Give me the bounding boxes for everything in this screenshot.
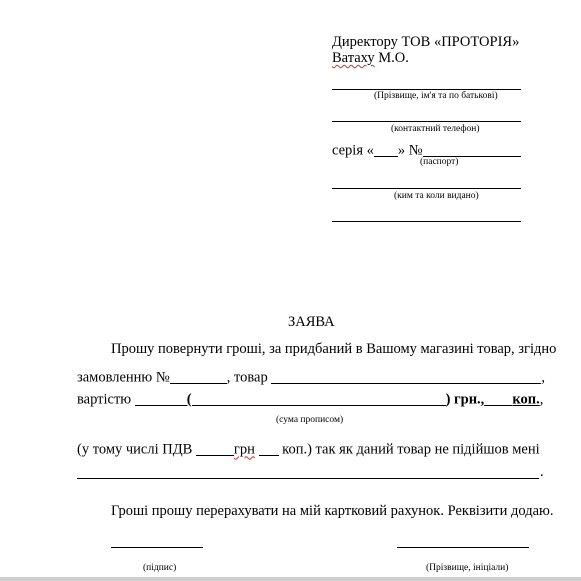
cost-kop-field[interactable] xyxy=(484,390,512,406)
transfer-request: Гроші прошу перерахувати на мій карткови… xyxy=(111,503,554,520)
passport-series-prefix: серія « xyxy=(332,143,374,159)
cost-line: вартістю () грн.,коп., xyxy=(77,390,543,409)
addressee-initials: М.О. xyxy=(375,50,409,66)
reason-field[interactable] xyxy=(77,478,539,479)
issued-by-field[interactable] xyxy=(332,188,521,189)
request-line-1: Прошу повернути гроші, за придбаний в Ва… xyxy=(111,341,556,358)
goods-comma: , xyxy=(541,370,545,386)
cost-comma: , xyxy=(540,392,544,408)
caption-applicant-name: (Прізвище, ім'я та по батькові) xyxy=(374,91,498,101)
caption-sum-words: (сума прописом) xyxy=(276,415,343,425)
cost-words-field[interactable] xyxy=(192,390,446,406)
cost-amount-field[interactable] xyxy=(135,390,187,406)
passport-series-field[interactable] xyxy=(374,141,398,157)
page-bottom-edge xyxy=(0,577,581,581)
addressee-surname: Ватаху xyxy=(332,50,375,66)
caption-phone: (контактний телефон) xyxy=(391,124,479,134)
addressee-line: Директору ТОВ «ПРОТОРІЯ» xyxy=(332,34,519,51)
request-line-2: замовленню №, товар , xyxy=(77,368,545,387)
goods-label: , товар xyxy=(227,370,272,386)
passport-series-suffix: » № xyxy=(398,143,423,159)
phone-field[interactable] xyxy=(332,121,521,122)
issued-by-field-2[interactable] xyxy=(332,221,521,222)
vat-grn-label: грн xyxy=(234,442,255,458)
passport-number-field[interactable] xyxy=(423,141,521,157)
caption-surname-initials: (Прізвище, ініціали) xyxy=(426,563,508,573)
surname-initials-field[interactable] xyxy=(397,547,529,548)
caption-issued-by: (ким та коли видано) xyxy=(394,191,479,201)
caption-signature: (підпис) xyxy=(143,563,176,573)
vat-line: (у тому числі ПДВ грн коп.) так як даний… xyxy=(77,440,540,459)
cost-kop-label: коп. xyxy=(512,392,539,408)
cost-label: вартістю xyxy=(77,392,135,408)
goods-field[interactable] xyxy=(271,368,541,384)
cost-grn-label: ) грн., xyxy=(446,392,485,408)
signature-field[interactable] xyxy=(111,547,203,548)
vat-suffix: коп.) так як даний товар не підійшов мен… xyxy=(279,442,540,458)
document-title: ЗАЯВА xyxy=(288,314,335,331)
reason-period: . xyxy=(540,464,544,481)
addressee-name: Ватаху М.О. xyxy=(332,50,409,67)
caption-passport: (паспорт) xyxy=(420,157,458,167)
vat-grn-field[interactable] xyxy=(196,440,234,456)
vat-prefix: (у тому числі ПДВ xyxy=(77,442,196,458)
order-number-field[interactable] xyxy=(170,368,227,384)
order-label: замовленню № xyxy=(77,370,170,386)
vat-kop-field[interactable] xyxy=(259,440,279,456)
applicant-name-field[interactable] xyxy=(332,89,521,90)
